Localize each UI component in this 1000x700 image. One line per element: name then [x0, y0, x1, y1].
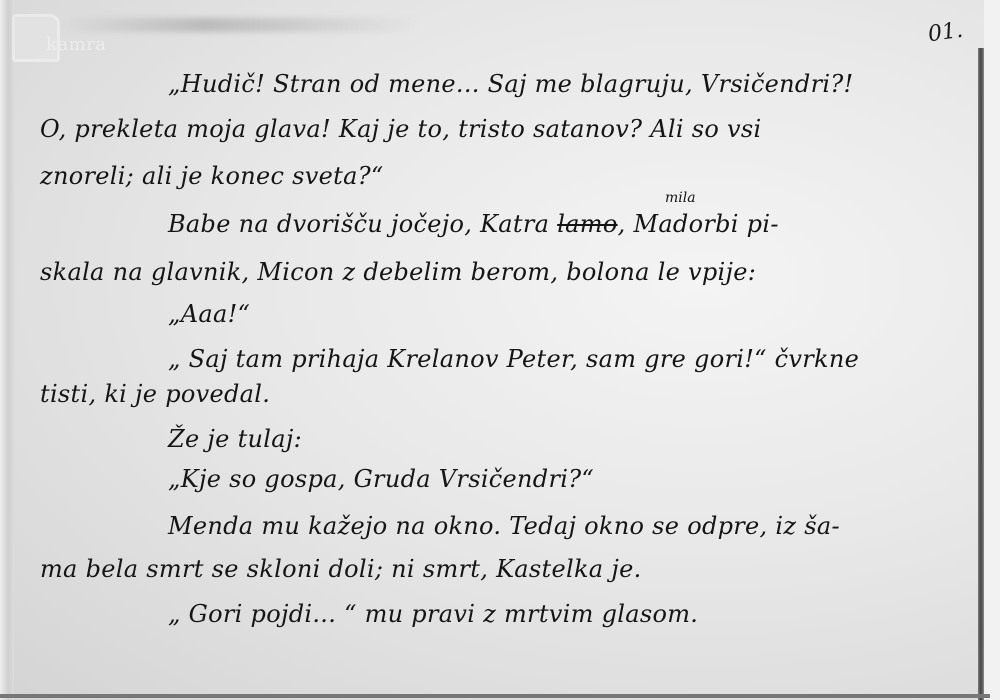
- manuscript-line: „ Gori pojdi... “ mu pravi z mrtvim glas…: [168, 600, 698, 628]
- line-text-after: , Madorbi pi-: [618, 210, 779, 238]
- manuscript-scan: kamra 01. „Hudič! Stran od mene... Saj m…: [0, 0, 1000, 700]
- manuscript-line: Menda mu kažejo na okno. Tedaj okno se o…: [168, 512, 840, 540]
- manuscript-line: znoreli; ali je konec sveta?“: [40, 162, 383, 190]
- manuscript-line: tisti, ki je povedal.: [40, 380, 270, 408]
- manuscript-line: Babe na dvorišču jočejo, Katra lamo, Mad…: [168, 210, 779, 238]
- line-text-before: Babe na dvorišču jočejo, Katra: [168, 210, 557, 238]
- manuscript-line: skala na glavnik, Micon z debelim berom,…: [40, 258, 756, 286]
- right-margin-strip: [984, 0, 1000, 700]
- manuscript-line: O, prekleta moja glava! Kaj je to, trist…: [40, 115, 762, 143]
- struck-word: lamo: [557, 210, 617, 238]
- manuscript-line: „Kje so gospa, Gruda Vrsičendri?“: [168, 465, 594, 493]
- manuscript-line: Že je tulaj:: [168, 425, 302, 453]
- inserted-word: mila: [665, 190, 696, 206]
- manuscript-line: „ Saj tam prihaja Krelanov Peter, sam gr…: [168, 345, 859, 373]
- manuscript-line: „Aaa!“: [168, 300, 250, 328]
- handwritten-text: „Hudič! Stran od mene... Saj me blagruju…: [0, 0, 980, 700]
- manuscript-line: „Hudič! Stran od mene... Saj me blagruju…: [168, 70, 853, 98]
- manuscript-line: ma bela smrt se skloni doli; ni smrt, Ka…: [40, 555, 642, 583]
